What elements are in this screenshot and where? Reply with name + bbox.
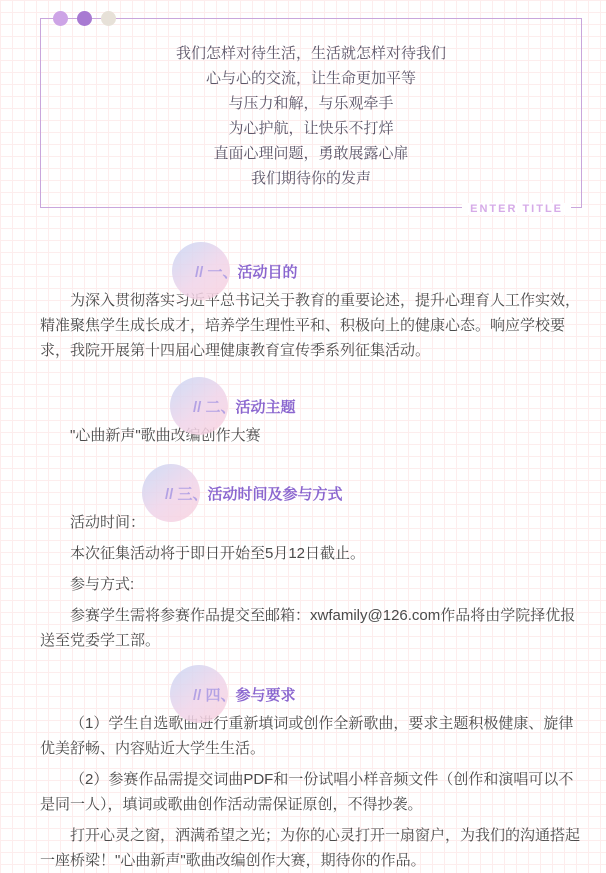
section-title-text: 参与要求	[236, 687, 296, 704]
section-title-text: 活动目的	[238, 264, 298, 281]
section-requirements: // 四、参与要求 （1）学生自选歌曲进行重新填词或创作全新歌曲，要求主题积极健…	[0, 665, 606, 873]
section-title: // 四、参与要求	[193, 684, 296, 705]
section-number: // 一、	[195, 264, 238, 281]
paragraph: 本次征集活动将于即日开始至5月12日截止。	[40, 541, 580, 566]
quote-line: 我们期待你的发声	[41, 166, 581, 191]
section-number: // 四、	[193, 687, 236, 704]
section-body: （1）学生自选歌曲进行重新填词或创作全新歌曲，要求主题积极健康、旋律优美舒畅、内…	[0, 711, 606, 873]
section-header-requirements: // 四、参与要求	[170, 665, 606, 723]
section-header-time-method: // 三、活动时间及参与方式	[142, 464, 606, 522]
quote-box: 我们怎样对待生活，生活就怎样对待我们 心与心的交流，让生命更加平等 与压力和解，…	[40, 18, 582, 208]
quote-line: 心与心的交流，让生命更加平等	[41, 66, 581, 91]
section-title-text: 活动时间及参与方式	[208, 486, 343, 503]
section-header-purpose: // 一、活动目的	[172, 242, 606, 300]
section-title: // 一、活动目的	[195, 261, 298, 282]
section-number: // 二、	[193, 399, 236, 416]
section-purpose: // 一、活动目的 为深入贯彻落实习近平总书记关于教育的重要论述，提升心理育人工…	[0, 242, 606, 363]
decorative-dots	[53, 11, 116, 26]
section-title: // 三、活动时间及参与方式	[165, 483, 343, 504]
quote-lines: 我们怎样对待生活，生活就怎样对待我们 心与心的交流，让生命更加平等 与压力和解，…	[41, 19, 581, 191]
dot-icon	[77, 11, 92, 26]
section-title: // 二、活动主题	[193, 396, 296, 417]
paragraph-with-email: 参赛学生需将参赛作品提交至邮箱：xwfamily@126.com作品将由学院择优…	[40, 603, 580, 653]
dot-icon	[53, 11, 68, 26]
paragraph: （2）参赛作品需提交词曲PDF和一份试唱小样音频文件（创作和演唱可以不是同一人）…	[40, 767, 580, 817]
section-title-text: 活动主题	[236, 399, 296, 416]
paragraph: 参与方式:	[40, 572, 580, 597]
article-page: 我们怎样对待生活，生活就怎样对待我们 心与心的交流，让生命更加平等 与压力和解，…	[0, 18, 606, 873]
enter-title-label: ENTER TITLE	[462, 203, 571, 215]
dot-icon	[101, 11, 116, 26]
quote-line: 与压力和解，与乐观牵手	[41, 91, 581, 116]
paragraph: 打开心灵之窗，洒满希望之光；为你的心灵打开一扇窗户，为我们的沟通搭起一座桥梁！"…	[40, 823, 580, 873]
section-time-method: // 三、活动时间及参与方式 活动时间： 本次征集活动将于即日开始至5月12日截…	[0, 464, 606, 653]
section-body: 活动时间： 本次征集活动将于即日开始至5月12日截止。 参与方式: 参赛学生需将…	[0, 510, 606, 653]
quote-line: 直面心理问题，勇敢展露心扉	[41, 141, 581, 166]
section-number: // 三、	[165, 486, 208, 503]
quote-line: 为心护航，让快乐不打烊	[41, 116, 581, 141]
section-header-theme: // 二、活动主题	[170, 377, 606, 435]
section-theme: // 二、活动主题 "心曲新声"歌曲改编创作大赛	[0, 377, 606, 448]
quote-line: 我们怎样对待生活，生活就怎样对待我们	[41, 41, 581, 66]
